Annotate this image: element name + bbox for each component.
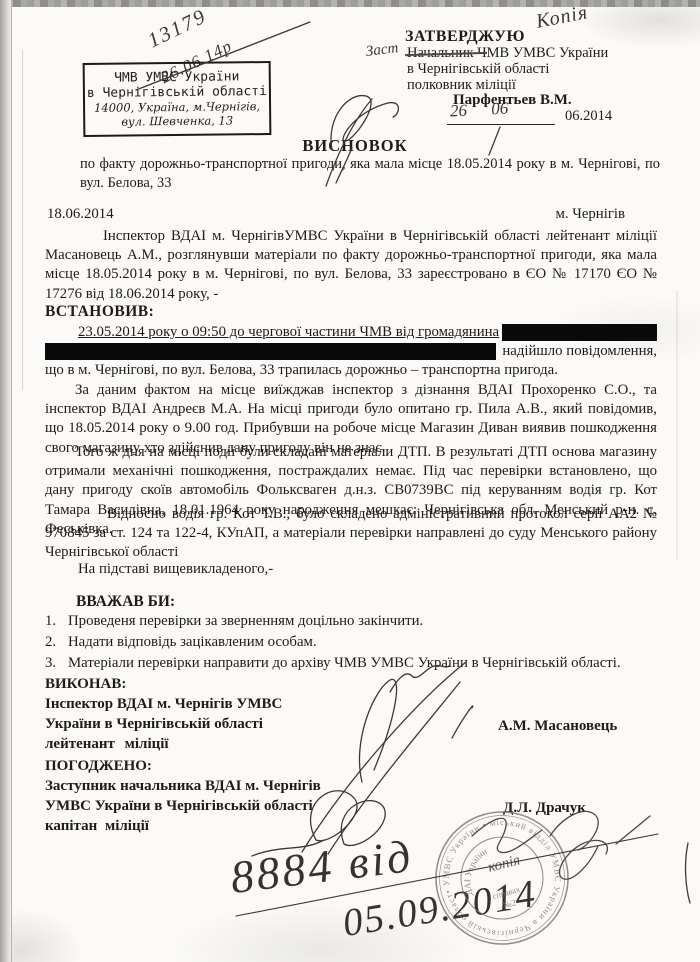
handwritten-reg-number: 8884 від bbox=[227, 829, 416, 904]
redacted-paragraph-line1: 23.05.2014 року о 09:50 до чергової част… bbox=[45, 324, 657, 343]
redaction-bar-1 bbox=[502, 324, 657, 341]
body-paragraph-5: На підставі вищевикладеного,- bbox=[78, 561, 273, 578]
item-text-3: Матеріали перевірки направити до архіву … bbox=[68, 655, 621, 672]
executed-heading: ВИКОНАВ: bbox=[45, 676, 126, 693]
opinion-item-1: 1. Проведеня перевірки за зверненням доц… bbox=[45, 613, 660, 630]
document-date: 18.06.2014 bbox=[47, 206, 114, 223]
established-heading: ВСТАНОВИВ: bbox=[45, 303, 154, 321]
executor-name: А.М. Масановець bbox=[498, 718, 617, 735]
opinion-item-2: 2. Надати відповідь зацікавленим особам. bbox=[45, 634, 660, 651]
redacted-paragraph-line3: що в м. Чернігові, по вул. Белова, 33 тр… bbox=[45, 362, 657, 381]
executed-line3: лейтенант міліції bbox=[45, 736, 169, 753]
redacted-line1-text: 23.05.2014 року о 09:50 до чергової част… bbox=[45, 324, 499, 343]
item-number-1: 1. bbox=[45, 613, 68, 630]
intro-paragraph: Інспектор ВДАІ м. ЧернігівУМВС України в… bbox=[45, 227, 657, 304]
opinion-heading: ВВАЖАВ БИ: bbox=[76, 593, 175, 611]
stamp-address-line1: 14000, Україна, м.Чернігів, bbox=[85, 99, 269, 115]
stamp-inner-number: №2 bbox=[502, 897, 517, 910]
document-city: м. Чернігів bbox=[555, 206, 625, 223]
stamp-address-line2: вул. Шевченка, 13 bbox=[85, 113, 269, 129]
scan-left-edge-line bbox=[11, 0, 12, 962]
item-number-2: 2. bbox=[45, 634, 68, 651]
executed-line2: України в Чернігівській області bbox=[45, 716, 263, 733]
scan-fold-line bbox=[22, 50, 23, 390]
approval-line2: в Чернігівській області bbox=[407, 61, 549, 78]
dateline: 18.06.2014 м. Чернігів bbox=[47, 206, 625, 223]
right-edge-pen-mark bbox=[686, 843, 690, 903]
document-title: ВИСНОВОК bbox=[45, 136, 665, 156]
redacted-paragraph-line2: надійшло повідомлення, bbox=[45, 343, 657, 362]
agreed-line3: капітан міліції bbox=[45, 818, 149, 835]
handwritten-zast: Заст bbox=[365, 40, 399, 61]
paragraph1-line3: що в м. Чернігові, по вул. Белова, 33 тр… bbox=[45, 362, 558, 381]
approval-heading: ЗАТВЕРДЖУЮ bbox=[405, 28, 525, 46]
scanned-document-page: 13179 26.06.14р Копія ЧМВ УМВС України в… bbox=[0, 0, 700, 962]
document-subtitle: по факту дорожньо-транспортної пригоди, … bbox=[80, 155, 660, 192]
scan-top-edge bbox=[0, 0, 700, 7]
item-text-1: Проведеня перевірки за зверненням доціль… bbox=[68, 613, 423, 630]
agreed-line2: УМВС України в Чернігівській області bbox=[45, 798, 313, 815]
agreed-heading: ПОГОДЖЕНО: bbox=[45, 758, 152, 775]
handwritten-approval-date: 26 06 bbox=[450, 98, 509, 121]
office-address-stamp: ЧМВ УМВС України в Чернігівській області… bbox=[83, 61, 272, 137]
item-text-2: Надати відповідь зацікавленим особам. bbox=[68, 634, 317, 651]
item-number-3: 3. bbox=[45, 655, 68, 672]
scan-right-streak bbox=[676, 290, 678, 560]
after-redaction-text: надійшло повідомлення, bbox=[496, 343, 657, 362]
executed-line1: Інспектор ВДАІ м. Чернігів УМВС bbox=[45, 696, 282, 713]
handwritten-corner-number: 13179 bbox=[144, 4, 211, 54]
agreed-line1: Заступник начальника ВДАІ м. Чернігів bbox=[45, 778, 321, 795]
approval-date-printed: 06.2014 bbox=[565, 108, 612, 125]
scan-left-edge bbox=[0, 0, 11, 962]
body-paragraph-4: Відносно водія гр. Кот Т.В., було складе… bbox=[45, 505, 657, 563]
redaction-bar-2 bbox=[45, 343, 496, 360]
opinion-item-3: 3. Матеріали перевірки направити до архі… bbox=[45, 655, 660, 672]
